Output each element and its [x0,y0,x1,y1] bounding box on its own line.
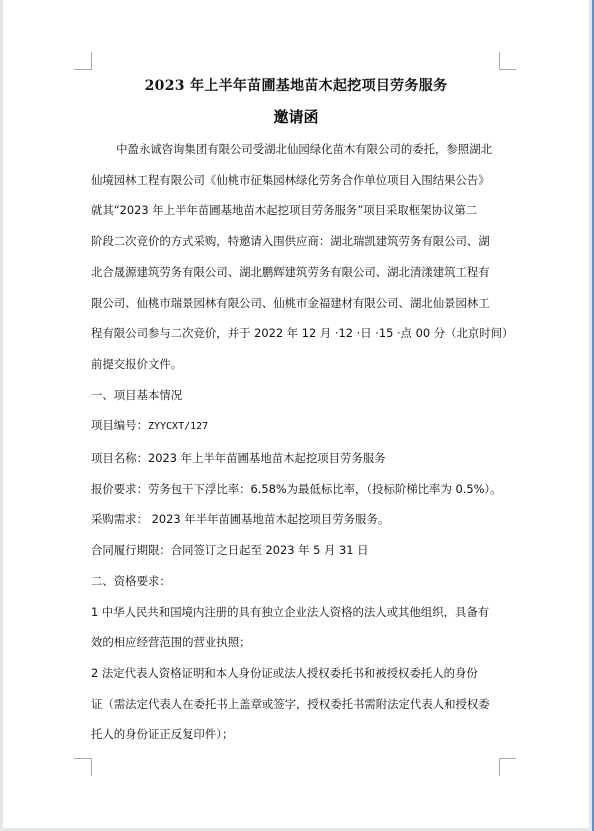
document-page: 2023 年上半年苗圃基地苗木起挖项目劳务服务 邀请函 中盈永诚咨询集团有限公司… [3,0,589,828]
qualification-line: 效的相应经营范围的营业执照； [91,627,509,658]
document-title: 2023 年上半年苗圃基地苗木起挖项目劳务服务 [3,75,589,95]
section1-heading: 一、项目基本情况 [91,380,509,411]
quote-requirement-value: 劳务包干下浮比率：6.58%为最低标比率，（投标阶梯比率为 0.5%）。 [148,482,502,496]
project-number: 项目编号：ZYYCXT/127 [91,410,509,443]
intro-line: 仙境园林工程有限公司《仙桃市征集园林绿化劳务合作单位项目入围结果公告》 [91,165,509,196]
contract-term-value: 合同签订之日起至 2023 年 5 月 31 日 [171,543,369,557]
project-name-label: 项目名称： [91,451,148,465]
intro-line: 就其“2023 年上半年苗圃基地苗木起挖项目劳务服务”项目采取框架协议第二 [91,195,509,226]
qualification-line: 2 法定代表人资格证明和本人身份证或法人授权委托书和被授权委托人的身份 [91,658,509,689]
intro-line: 程有限公司参与二次竞价，并于 2022 年 12 月 ·12 ·日 ·15 ·点… [91,318,509,349]
intro-line: 阶段二次竞价的方式采购，特邀请入围供应商：湖北瑞凯建筑劳务有限公司、湖 [91,226,509,257]
qualification-line: 1 中华人民共和国境内注册的具有独立企业法人资格的法人或其他组织，具备有 [91,597,509,628]
contract-term: 合同履行期限：合同签订之日起至 2023 年 5 月 31 日 [91,535,509,566]
project-number-label: 项目编号： [91,418,148,432]
document-subtitle: 邀请函 [3,106,589,127]
qualification-line: 托人的身份证正反复印件）； [91,719,509,750]
purchase-requirement-value: 2023 年半年苗圃基地苗木起挖项目劳务服务。 [148,512,389,526]
project-number-value: ZYYCXT/127 [148,421,208,432]
quote-requirement-label: 报价要求： [91,482,148,496]
intro-line: 中盈永诚咨询集团有限公司受湖北仙园绿化苗木有限公司的委托，参照湖北 [91,134,509,165]
project-name: 项目名称：2023 年上半年苗圃基地苗木起挖项目劳务服务 [91,443,509,474]
contract-term-label: 合同履行期限： [91,543,171,557]
purchase-requirement: 采购需求： 2023 年半年苗圃基地苗木起挖项目劳务服务。 [91,504,509,535]
intro-line: 限公司、仙桃市瑞景园林有限公司、仙桃市金福建材有限公司、湖北仙景园林工 [91,288,509,319]
section2-heading: 二、资格要求： [91,566,509,597]
intro-line: 北合晟源建筑劳务有限公司、湖北鹏辉建筑劳务有限公司、湖北清漾建筑工程有 [91,257,509,288]
document-body: 中盈永诚咨询集团有限公司受湖北仙园绿化苗木有限公司的委托，参照湖北 仙境园林工程… [91,134,509,750]
purchase-requirement-label: 采购需求： [91,512,148,526]
intro-line: 前提交报价文件。 [91,349,509,380]
project-name-value: 2023 年上半年苗圃基地苗木起挖项目劳务服务 [148,451,386,465]
qualification-line: 证（需法定代表人在委托书上盖章或签字，授权委托书需附法定代表人和授权委 [91,689,509,720]
quote-requirement: 报价要求：劳务包干下浮比率：6.58%为最低标比率，（投标阶梯比率为 0.5%）… [91,474,509,505]
